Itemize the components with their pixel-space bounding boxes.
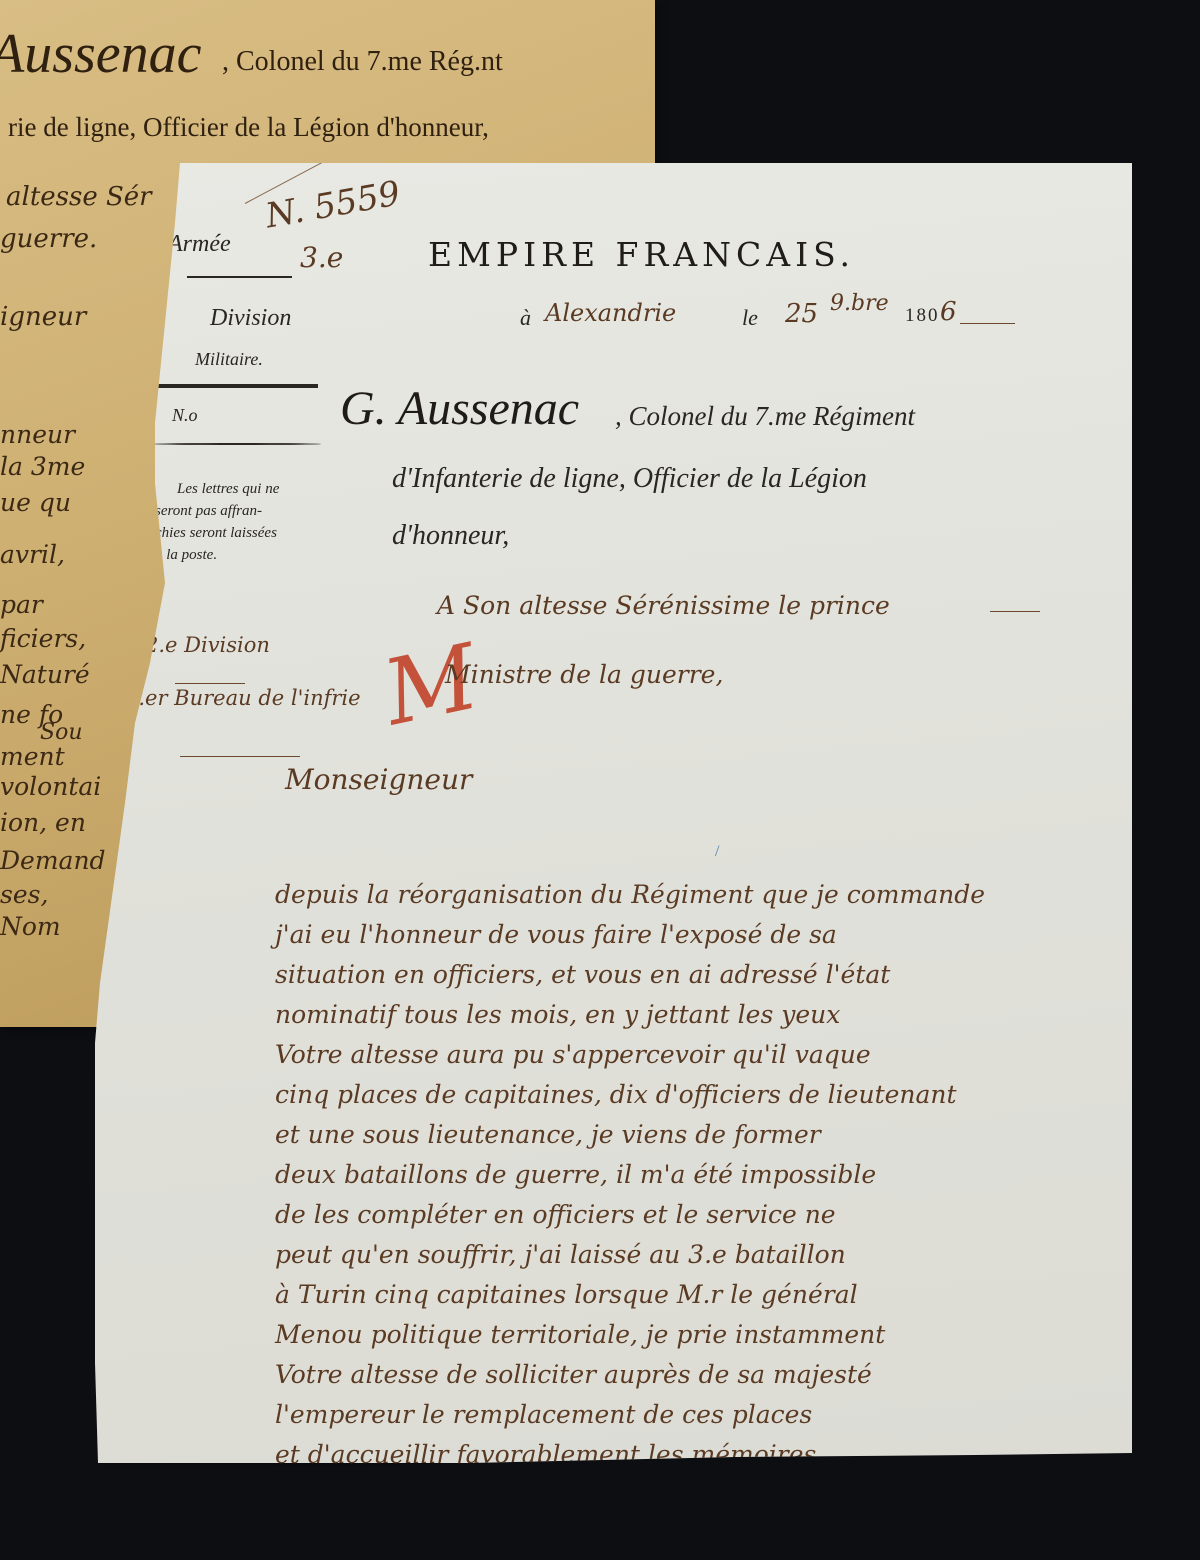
back-header-line2: rie de ligne, Officier de la Légion d'ho… [8,112,489,143]
date-year-printed: 180 [905,305,940,327]
margin-rule [180,756,300,757]
back-fragment: Naturé [0,660,90,689]
back-fragment: igneur [0,302,86,332]
back-fragment: guerre. [0,224,97,254]
body-line: deux bataillons de guerre, il m'a été im… [275,1160,876,1189]
back-fragment: ficiers, [0,624,86,653]
margin-note-division: 2.e Division [145,633,270,657]
back-fragment: nneur [0,420,75,449]
back-header-title: , Colonel du 7.me Rég.nt [222,46,503,78]
body-line: et d'accueillir favorablement les mémoir… [275,1440,816,1469]
back-fragment: Demand [0,846,106,875]
margin-rule [175,683,245,684]
addressee-line2: Ministre de la guerre, [445,660,723,689]
body-line: Votre altesse de solliciter auprès de sa… [275,1360,872,1389]
date-year-handwritten: 6 [940,297,957,327]
back-fragment: ment [0,742,65,771]
back-fragment: ion, en [0,808,86,837]
letterhead-flourish [153,443,321,445]
blue-ink-mark: / [715,843,719,861]
margin-note-bureau: 1.er Bureau de l'infrie [125,686,361,710]
addressee-line1: A Son altesse Sérénissime le prince [437,591,890,620]
back-fragment: la 3me [0,452,85,481]
postal-notice-line: chies seront laissées [155,525,277,542]
sender-title-line2: d'Infanterie de ligne, Officier de la Lé… [392,463,867,495]
body-line: depuis la réorganisation du Régiment que… [275,880,985,909]
body-line: Votre altesse aura pu s'appercevoir qu'i… [275,1040,871,1069]
body-line: et une sous lieutenance, je viens de for… [275,1120,821,1149]
date-month: 9.bre [830,291,889,316]
back-header-name: Aussenac [0,22,202,86]
letterhead-thick-rule [150,384,318,388]
date-place: Alexandrie [545,299,676,327]
body-line: Menou politique territoriale, je prie in… [275,1320,885,1349]
body-line: l'empereur le remplacement de ces places [275,1400,812,1429]
front-letter-page: Armée N. 5559 3.e Division Militaire. N.… [95,163,1132,1463]
body-line: de les compléter en officiers et le serv… [275,1200,836,1229]
date-rule [960,323,1015,324]
body-line: peut qu'en souffrir, j'ai laissé au 3.e … [275,1240,846,1269]
back-fragment: ue qu [0,488,71,517]
back-fragment: ses, [0,880,48,909]
back-fragment: Nom [0,912,61,941]
postal-notice-line: à la poste. [155,547,217,564]
date-day: 25 [785,299,818,329]
sender-title-line3: d'honneur, [392,520,509,552]
body-line: j'ai eu l'honneur de vous faire l'exposé… [275,920,837,949]
salutation: Monseigneur [285,763,472,796]
empire-title: EMPIRE FRANCAIS. [428,235,855,274]
body-line: situation en officiers, et vous en ai ad… [275,960,890,989]
back-fragment: altesse Sér [6,182,152,212]
postal-notice-line: Les lettres qui ne [177,481,279,498]
sender-title-line1: , Colonel du 7.me Régiment [615,401,915,432]
number-annotation-sub: 3.e [300,241,343,274]
body-line: à Turin cinq capitaines lorsque M.r le g… [275,1280,858,1309]
armee-label: Armée [168,231,231,258]
sender-name: G. Aussenac [340,381,579,436]
postal-notice-line: seront pas affran- [155,503,262,520]
militaire-label: Militaire. [195,349,263,370]
back-fragment: par [0,590,43,619]
addressee-rule [990,611,1040,612]
date-le: le [742,305,758,331]
back-fragment: avril, [0,540,65,569]
body-line: cinq places de capitaines, dix d'officie… [275,1080,957,1109]
no-label: N.o [172,405,198,426]
body-line: nominatif tous les mois, en y jettant le… [275,1000,840,1029]
division-label: Division [210,305,291,332]
back-fragment: volontai [0,772,101,801]
date-prefix: à [520,305,531,331]
letterhead-rule [187,276,292,278]
